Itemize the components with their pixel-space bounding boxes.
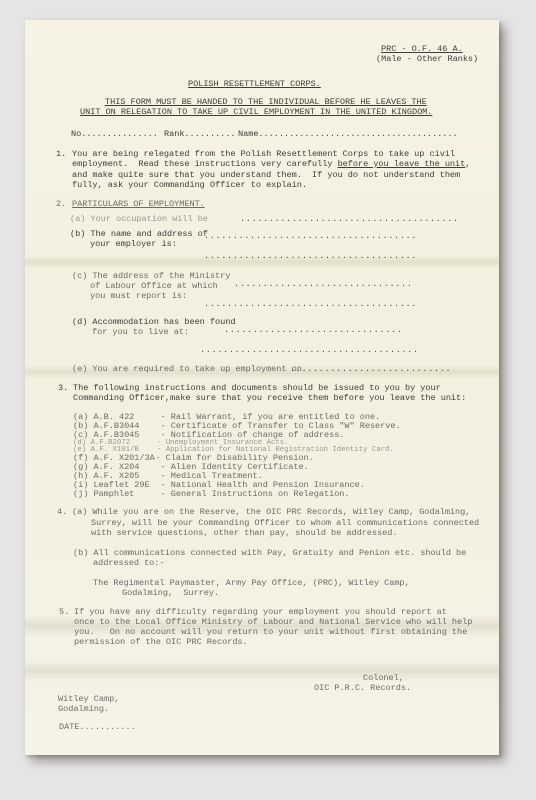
section-3-number: 3. (58, 383, 68, 393)
section-4-line: (b) All communications connected with Pa… (73, 548, 466, 558)
section-4-number: 4. (57, 507, 67, 517)
section-5-line: you. On no account will you return to yo… (74, 627, 467, 637)
employer-label: (b) The name and address of (70, 229, 208, 239)
paymaster-address: The Regimental Paymaster, Army Pay Offic… (93, 578, 410, 588)
place-line: Godalming. (58, 704, 109, 714)
start-date-field[interactable]: ............................ (290, 364, 451, 374)
service-number-field[interactable]: No............... (71, 129, 158, 139)
place-line: Witley Camp, (58, 694, 119, 704)
form-code: PRC - O.F. 46 A. (381, 44, 463, 54)
notice-line-2: UNIT ON RELEGATION TO TAKE UP CIVIL EMPL… (80, 107, 432, 117)
section-4-line: addressed to:- (93, 558, 165, 568)
name-field[interactable]: Name....................................… (238, 129, 458, 139)
accommodation-field[interactable]: ............................... (224, 325, 402, 335)
item-letter: (j) (73, 489, 88, 499)
emphasis-text: before you leave the unit (338, 159, 466, 169)
labour-office-label: you must report is: (90, 291, 187, 301)
occupation-field[interactable]: ...................................... (240, 214, 459, 224)
date-field[interactable]: DATE........... (59, 722, 136, 732)
occupation-label: (a) Your occupation will be (70, 214, 208, 224)
section-4-line: (a) While you are on the Reserve, the OI… (72, 507, 470, 517)
rank-field[interactable]: Rank.......... (164, 129, 236, 139)
notice-line-1: THIS FORM MUST BE HANDED TO THE INDIVIDU… (105, 97, 427, 107)
section-5-line: permission of the OIC PRC Records. (74, 637, 248, 647)
document-description: - General Instructions on Relegation. (161, 489, 350, 499)
section-2-number: 2. (56, 199, 66, 209)
paper-fold (25, 660, 499, 682)
section-4-line: with service questions, other than pay, … (91, 528, 397, 538)
form-number: Pamphlet (93, 489, 155, 499)
form-category: (Male - Other Ranks) (376, 54, 478, 64)
labour-office-field[interactable]: ............................... (234, 279, 412, 289)
text: , (465, 159, 470, 169)
section-1-line: You are being relegated from the Polish … (72, 149, 455, 159)
section-3-line: Commanding Officer,make sure that you re… (73, 393, 466, 403)
signatory-title: OIC P.R.C. Records. (314, 683, 411, 693)
section-5-line: once to the Local Office Ministry of Lab… (74, 617, 472, 627)
accommodation-label: (d) Accommodation has been found (72, 317, 235, 327)
paymaster-address: Godalming, Surrey. (122, 588, 219, 598)
document-item: (j) Pamphlet - General Instructions on R… (73, 489, 350, 499)
section-1-number: 1. (56, 149, 66, 159)
section-1-line: fully, ask your Commanding Officer to ex… (72, 180, 307, 190)
accommodation-field[interactable]: ...................................... (200, 345, 419, 355)
document-title: POLISH RESETTLEMENT CORPS. (188, 79, 321, 89)
labour-office-label: of Labour Office at which (90, 281, 218, 291)
section-1-line: and make quite sure that you understand … (72, 170, 460, 180)
section-4-line: Surrey, will be your Commanding Officer … (91, 518, 479, 528)
section-3-line: The following instructions and documents… (73, 383, 441, 393)
accommodation-label: for you to live at: (92, 327, 189, 337)
employer-field[interactable]: ..................................... (204, 251, 417, 261)
section-5-line: If you have any difficulty regarding you… (74, 607, 447, 617)
employer-label: your employer is: (90, 239, 177, 249)
signatory-rank: Colonel, (363, 673, 404, 683)
employer-field[interactable]: ..................................... (204, 231, 417, 241)
start-date-label: (e) You are required to take up employme… (72, 364, 302, 374)
text: employment. Read these instructions very… (72, 159, 338, 169)
section-1-line: employment. Read these instructions very… (72, 159, 470, 169)
section-2-heading: PARTICULARS OF EMPLOYMENT. (72, 199, 205, 209)
labour-office-field[interactable]: ..................................... (204, 299, 417, 309)
labour-office-label: (c) The address of the Ministry (72, 271, 230, 281)
section-5-number: 5. (59, 607, 69, 617)
